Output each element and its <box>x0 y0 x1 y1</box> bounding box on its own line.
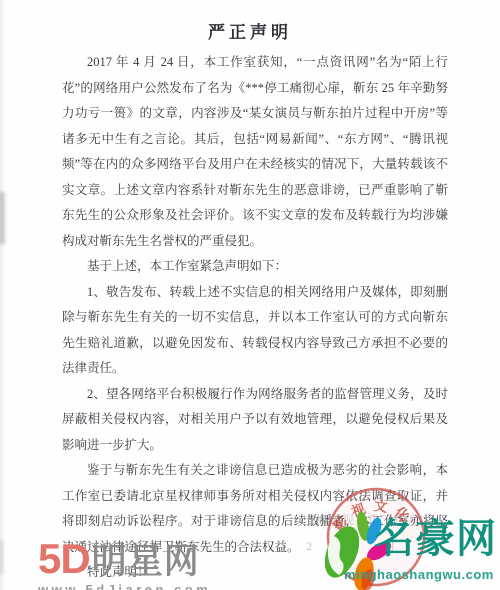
watermark-minghao-url: minghaoshangwu.com <box>344 567 494 582</box>
paragraph: 2017 年 4 月 24 日，本工作室获知，“一点资讯网”名为“陌上行花”的网… <box>62 50 448 254</box>
scan-smudge <box>0 192 7 244</box>
scan-edge-shade <box>0 0 5 590</box>
watermark-5d-brand: 5D 明星网 <box>38 538 211 580</box>
document-title: 严正声明 <box>0 18 500 43</box>
scan-smudge-bottom <box>0 540 5 574</box>
statement-document: 严正声明 2017 年 4 月 24 日，本工作室获知，“一点资讯网”名为“陌上… <box>0 0 500 590</box>
watermark-5d-rest: 明星网 <box>92 544 200 579</box>
watermark-5d-url: www.5dJiaren.com <box>38 582 211 590</box>
watermark-5d-accent: 5D <box>38 538 90 580</box>
paragraph: 2、望各网络平台积极履行作为网络服务者的监督管理义务，及时屏蔽相关侵权内容，对相… <box>62 382 448 459</box>
paragraph: 基于上述，本工作室紧急声明如下： <box>62 254 448 280</box>
watermark-5d: 5D 明星网 www.5dJiaren.com <box>38 538 211 590</box>
watermark-minghao-brand: 名豪网 <box>374 519 497 559</box>
paragraph: 1、敬告发布、转载上述不实信息的相关网络用户及媒体，即刻删除与靳东先生有关的一切… <box>62 280 448 382</box>
